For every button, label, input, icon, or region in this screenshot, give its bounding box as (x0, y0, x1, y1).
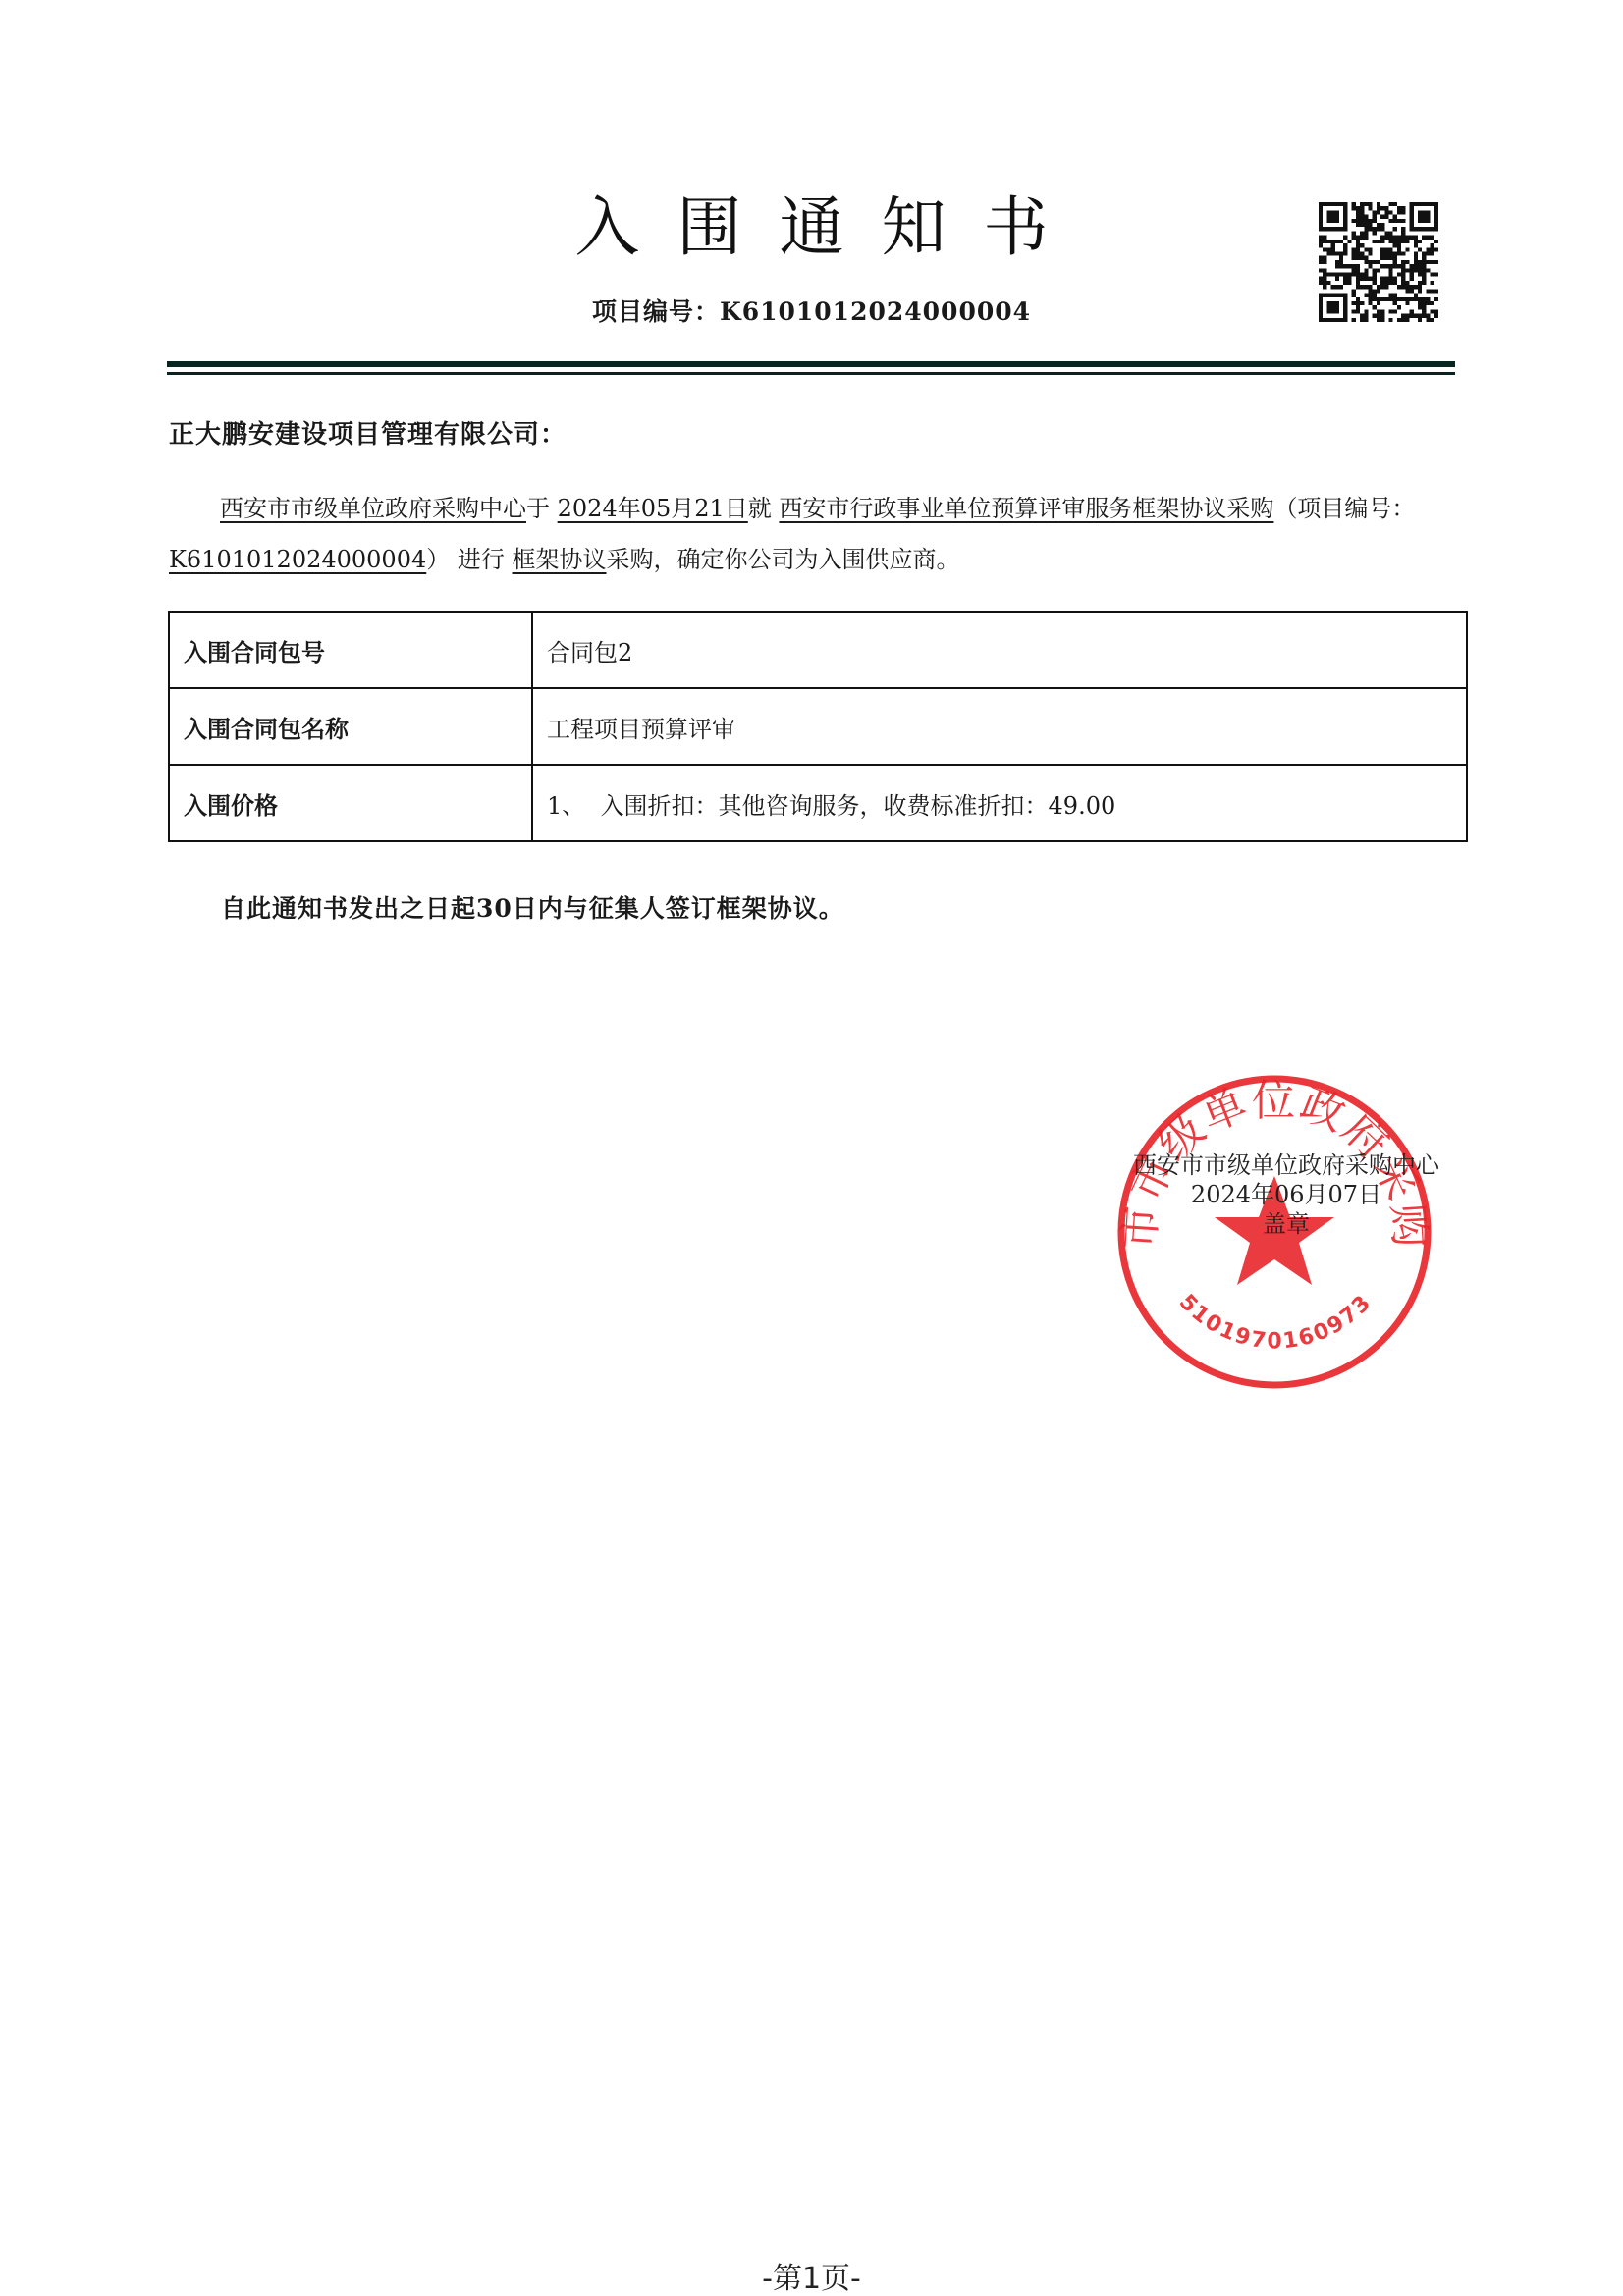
text-fragment: 采购，确定你公司为入围供应商。 (607, 546, 960, 573)
project-number-value: K6101012024000004 (720, 297, 1031, 326)
procurement-date: 2024年05月21日 (558, 495, 748, 522)
text-fragment: ） 进行 (426, 546, 512, 573)
table-row: 入围价格 1、 入围折扣：其他咨询服务，收费标准折扣：49.00 (169, 765, 1467, 841)
signer-organization: 西安市市级单位政府采购中心 (1090, 1150, 1483, 1180)
row-label: 入围合同包名称 (169, 688, 532, 765)
qr-code-icon (1319, 201, 1438, 323)
row-value: 工程项目预算评审 (532, 688, 1467, 765)
buyer-name: 西安市市级单位政府采购中心 (220, 495, 526, 522)
row-value: 1、 入围折扣：其他咨询服务，收费标准折扣：49.00 (532, 765, 1467, 841)
page-number: -第1页- (0, 2254, 1623, 2296)
paragraph-project-number: K6101012024000004 (169, 546, 426, 573)
stamp-label: 盖章 (1090, 1209, 1483, 1239)
signing-deadline-notice: 自此通知书发出之日起30日内与征集人签订框架协议。 (221, 889, 844, 925)
addressee: 正大鹏安建设项目管理有限公司： (169, 414, 567, 451)
notice-paragraph: 西安市市级单位政府采购中心于 2024年05月21日就 西安市行政事业单位预算评… (169, 483, 1465, 585)
project-number-label: 项目编号： (592, 297, 720, 326)
row-label: 入围合同包号 (169, 612, 532, 688)
row-label: 入围价格 (169, 765, 532, 841)
svg-text:5101970160973: 5101970160973 (1174, 1290, 1377, 1354)
header-rule-thin (167, 372, 1455, 375)
signature-date: 2024年06月07日 (1090, 1180, 1483, 1209)
text-fragment: （项目编号： (1273, 495, 1415, 522)
text-fragment: 就 (748, 495, 780, 522)
row-value: 合同包2 (532, 612, 1467, 688)
table-row: 入围合同包号 合同包2 (169, 612, 1467, 688)
header-rule-thick (167, 361, 1455, 367)
project-name: 西安市行政事业单位预算评审服务框架协议采购 (779, 495, 1273, 522)
award-info-table: 入围合同包号 合同包2 入围合同包名称 工程项目预算评审 入围价格 1、 入围折… (168, 611, 1468, 842)
text-fragment: 于 (526, 495, 558, 522)
procurement-method: 框架协议 (513, 546, 607, 573)
table-row: 入围合同包名称 工程项目预算评审 (169, 688, 1467, 765)
signature-block: 西安市市级单位政府采购中心 2024年06月07日 盖章 (1090, 1150, 1483, 1239)
